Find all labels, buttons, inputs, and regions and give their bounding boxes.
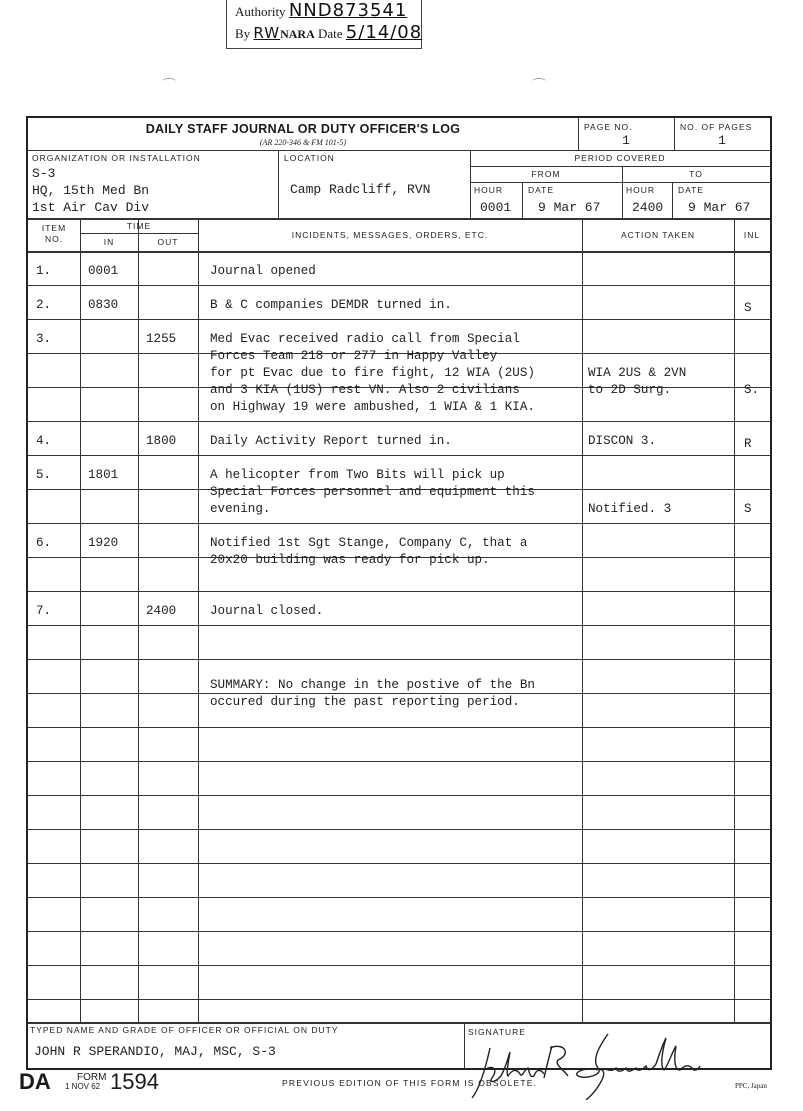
row-rule	[28, 421, 770, 422]
incident-text-line: for pt Evac due to fire fight, 12 WIA (2…	[210, 365, 535, 382]
time-out: 2400	[146, 603, 176, 620]
punch-hole-mark	[532, 78, 546, 85]
by-label: By	[235, 26, 250, 41]
authority-line: Authority NND873541	[235, 0, 407, 21]
initials-text: S	[744, 300, 752, 317]
previous-edition-notice: PREVIOUS EDITION OF THIS FORM IS OBSOLET…	[282, 1078, 537, 1088]
row-rule	[28, 761, 770, 762]
incidents-header: INCIDENTS, MESSAGES, ORDERS, ETC.	[198, 230, 582, 240]
punch-hole-mark	[162, 78, 176, 85]
officer-name-value: JOHN R SPERANDIO, MAJ, MSC, S-3	[34, 1044, 276, 1059]
incident-text-line: Journal opened	[210, 263, 316, 280]
row-rule	[28, 829, 770, 830]
incident-text-line: Special Forces personnel and equipment t…	[210, 484, 535, 501]
form-number: 1594	[110, 1069, 159, 1095]
time-in: 0001	[88, 263, 118, 280]
from-date-label: DATE	[528, 185, 554, 195]
journal-form: DAILY STAFF JOURNAL OR DUTY OFFICER'S LO…	[26, 116, 772, 1024]
organization-line-1: S-3	[32, 166, 55, 181]
row-rule	[28, 319, 770, 320]
incident-text-line: evening.	[210, 501, 270, 518]
handwritten-signature	[468, 1030, 728, 1100]
to-hour-value: 2400	[632, 200, 663, 215]
action-taken-text: to 2D Surg.	[588, 382, 671, 399]
row-rule	[28, 727, 770, 728]
organization-line-2: HQ, 15th Med Bn	[32, 183, 149, 198]
row-rule	[28, 659, 770, 660]
stamp-date-value: 5/14/08	[346, 22, 422, 43]
item-number: 5.	[36, 467, 51, 484]
row-rule	[28, 591, 770, 592]
row-rule	[28, 795, 770, 796]
row-rule	[28, 285, 770, 286]
initials-text: R	[744, 436, 752, 453]
item-number: 1.	[36, 263, 51, 280]
from-label: FROM	[470, 169, 622, 179]
organization-line-3: 1st Air Cav Div	[32, 200, 149, 215]
form-title: DAILY STAFF JOURNAL OR DUTY OFFICER'S LO…	[28, 122, 578, 136]
inl-header: INL	[734, 230, 770, 240]
incident-text-line: A helicopter from Two Bits will pick up	[210, 467, 505, 484]
row-rule	[28, 999, 770, 1000]
to-label: TO	[622, 169, 770, 179]
time-in: 1920	[88, 535, 118, 552]
column-divider	[734, 218, 735, 1022]
item-number: 7.	[36, 603, 51, 620]
from-date-value: 9 Mar 67	[538, 200, 600, 215]
declassification-stamp: Authority NND873541 By RWNARA Date 5/14/…	[226, 0, 422, 49]
summary-text-line: SUMMARY: No change in the postive of the…	[210, 677, 535, 694]
location-label: LOCATION	[284, 153, 335, 163]
row-rule	[28, 523, 770, 524]
form-subtitle: (AR 220-346 & FM 101-5)	[28, 138, 578, 147]
time-in: 0830	[88, 297, 118, 314]
incident-text-line: and 3 KIA (1US) rest VN. Also 2 civilian…	[210, 382, 520, 399]
from-hour-value: 0001	[480, 200, 511, 215]
incident-text-line: Forces Team 218 or 277 in Happy Valley	[210, 348, 497, 365]
agency-label: NARA	[280, 27, 315, 41]
authority-value: NND873541	[289, 0, 408, 21]
row-rule	[28, 863, 770, 864]
form-tag: FORM 1 NOV 62	[65, 1072, 106, 1091]
column-divider	[198, 218, 199, 1022]
item-no-header: ITEM NO.	[28, 223, 80, 245]
row-rule	[28, 455, 770, 456]
action-taken-text: WIA 2US & 2VN	[588, 365, 686, 382]
by-initials: RW	[253, 24, 280, 42]
action-taken-text: DISCON 3.	[588, 433, 656, 450]
time-in-header: IN	[80, 237, 138, 247]
initials-text: S	[744, 501, 752, 518]
incident-text-line: Daily Activity Report turned in.	[210, 433, 452, 450]
time-out: 1255	[146, 331, 176, 348]
printer-mark: PPC, Japan	[735, 1082, 767, 1090]
from-hour-label: HOUR	[474, 185, 503, 195]
incident-text-line: Med Evac received radio call from Specia…	[210, 331, 520, 348]
incident-text-line: on Highway 19 were ambushed, 1 WIA & 1 K…	[210, 399, 535, 416]
incident-text-line: 20x20 building was ready for pick up.	[210, 552, 490, 569]
column-divider	[138, 218, 139, 1022]
incident-text-line: Journal closed.	[210, 603, 323, 620]
action-taken-header: ACTION TAKEN	[582, 230, 734, 240]
time-out: 1800	[146, 433, 176, 450]
date-label: Date	[318, 26, 343, 41]
incident-text-line: B & C companies DEMDR turned in.	[210, 297, 452, 314]
form-date: 1 NOV 62	[65, 1083, 106, 1091]
location-value: Camp Radcliff, RVN	[290, 182, 430, 197]
item-number: 2.	[36, 297, 51, 314]
item-number: 4.	[36, 433, 51, 450]
time-header: TIME	[80, 221, 198, 231]
row-rule	[28, 897, 770, 898]
summary-text-line: occured during the past reporting period…	[210, 694, 520, 711]
time-out-header: OUT	[138, 237, 198, 247]
form-prefix: DA	[19, 1069, 51, 1095]
officer-name-label: TYPED NAME AND GRADE OF OFFICER OR OFFIC…	[30, 1025, 339, 1035]
header-divider	[28, 251, 770, 253]
time-in: 1801	[88, 467, 118, 484]
num-pages-label: NO. OF PAGES	[680, 122, 752, 132]
by-line: By RWNARA Date 5/14/08	[235, 22, 422, 43]
page-no-value: 1	[578, 133, 674, 148]
page-no-label: PAGE NO.	[584, 122, 632, 132]
row-rule	[28, 965, 770, 966]
num-pages-value: 1	[674, 133, 770, 148]
period-covered-label: PERIOD COVERED	[470, 153, 770, 163]
item-number: 3.	[36, 331, 51, 348]
row-rule	[28, 625, 770, 626]
action-taken-text: Notified. 3	[588, 501, 671, 518]
item-number: 6.	[36, 535, 51, 552]
organization-label: ORGANIZATION OR INSTALLATION	[32, 153, 201, 163]
initials-text: S.	[744, 382, 759, 399]
to-hour-label: HOUR	[626, 185, 655, 195]
incident-text-line: Notified 1st Sgt Stange, Company C, that…	[210, 535, 527, 552]
to-date-label: DATE	[678, 185, 704, 195]
column-divider	[582, 218, 583, 1022]
column-divider	[80, 218, 81, 1022]
to-date-value: 9 Mar 67	[688, 200, 750, 215]
authority-label: Authority	[235, 4, 286, 19]
row-rule	[28, 931, 770, 932]
